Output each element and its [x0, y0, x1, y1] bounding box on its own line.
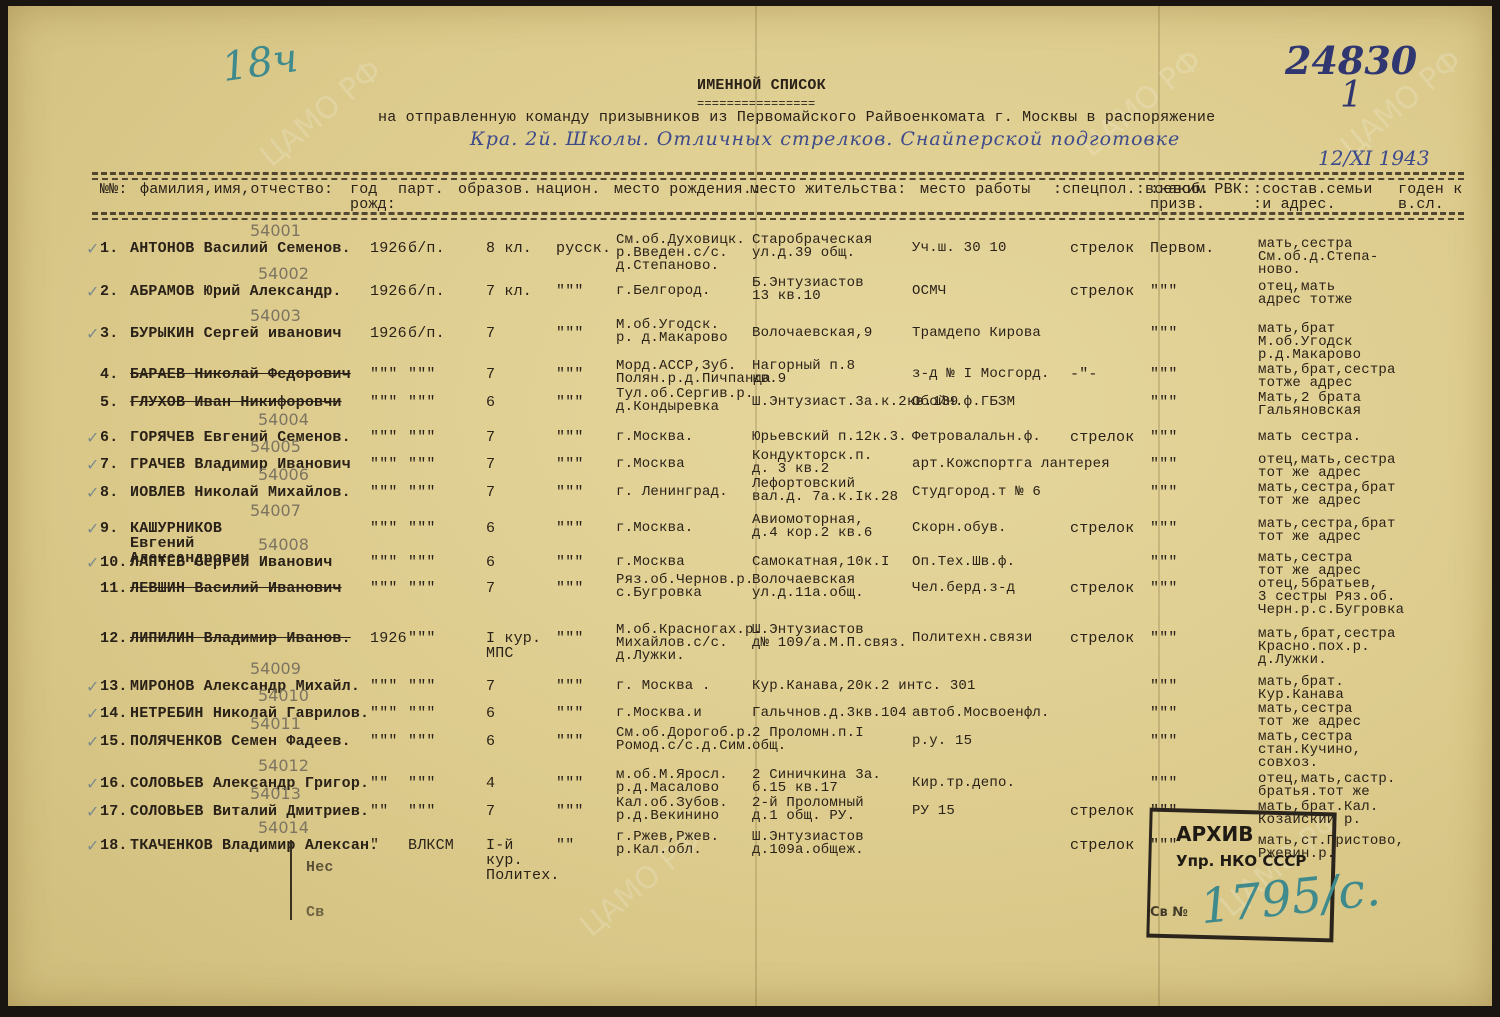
draft-office: """ — [1150, 581, 1178, 596]
nationality: """ — [556, 367, 584, 382]
registration-number: 54006 — [258, 465, 309, 484]
family-line: совхоз. — [1258, 756, 1318, 771]
family-line: Черн.р.с.Бугровка — [1258, 603, 1404, 618]
residence-line: кв.9 — [752, 372, 786, 387]
residence-line: общ. — [752, 739, 786, 754]
header-num: №№: — [100, 182, 128, 197]
person-name: ИОВЛЕВ Николай Михайлов. — [130, 485, 351, 500]
draft-office: """ — [1150, 706, 1178, 721]
party: """ — [408, 706, 436, 721]
checkmark-icon: ✓ — [86, 455, 99, 474]
birth-year: """ — [370, 555, 398, 570]
party: б/п. — [408, 326, 445, 341]
specialty: -"- — [1070, 367, 1098, 382]
birth-year: """ — [370, 581, 398, 596]
party: б/п. — [408, 284, 445, 299]
birthplace-line: г. Москва . — [616, 679, 711, 694]
workplace: Кир.тр.депо. — [912, 776, 1015, 791]
birth-year: 1926 — [370, 284, 407, 299]
draft-office: """ — [1150, 521, 1178, 536]
family-line: тотже адрес — [1258, 376, 1353, 391]
party: """ — [408, 734, 436, 749]
workplace: ОСМЧ — [912, 284, 946, 299]
draft-office: """ — [1150, 395, 1178, 410]
workplace: р.у. 15 — [912, 734, 972, 749]
residence-line: Гальчнов.д.3кв.104 — [752, 706, 907, 721]
header-rule-top — [92, 172, 1464, 175]
family-line: д.Лужки. — [1258, 653, 1327, 668]
party: """ — [408, 485, 436, 500]
birthplace-line: Полян.р.д.Пичпанда — [616, 372, 771, 387]
person-name: МИРОНОВ Александр Михайл. — [130, 679, 360, 694]
birthplace-line: г.Москва. — [616, 521, 693, 536]
row-number: 5. — [100, 395, 118, 410]
header-specpol: :спецпол.:всевоб. — [1053, 182, 1148, 197]
birth-year: """ — [370, 679, 398, 694]
nationality: """ — [556, 395, 584, 410]
header-education: образов. — [458, 182, 532, 197]
checkmark-icon: ✓ — [86, 282, 99, 301]
family-line: р.д.Макарово — [1258, 348, 1361, 363]
row-number: 17. — [100, 804, 128, 819]
residence-line: д№ 109/а.М.П.связ. — [752, 636, 907, 651]
checkmark-icon: ✓ — [86, 704, 99, 723]
family-line: Гальяновская — [1258, 404, 1361, 419]
header-rule-bottom-2 — [92, 218, 1464, 220]
nationality: """ — [556, 631, 584, 646]
checkmark-icon: ✓ — [86, 802, 99, 821]
nationality: """ — [556, 581, 584, 596]
registration-number: 54010 — [258, 686, 309, 705]
header-party: парт. — [398, 182, 444, 197]
residence-line: д.1 общ. РУ. — [752, 809, 855, 824]
birth-year: 1926 — [370, 326, 407, 341]
nationality: """ — [556, 804, 584, 819]
education: 7 — [486, 679, 546, 694]
row-number: 14. — [100, 706, 128, 721]
draft-office: """ — [1150, 734, 1178, 749]
birth-year: " — [370, 838, 379, 853]
row-number: 2. — [100, 284, 118, 299]
draft-office: Первом. — [1150, 241, 1214, 256]
workplace: РУ 15 — [912, 804, 955, 819]
document-title: ИМЕННОЙ СПИСОК — [697, 78, 826, 93]
registration-number: 54007 — [250, 501, 301, 520]
row-number: 18. — [100, 838, 128, 853]
party: """ — [408, 631, 436, 646]
header-rule-top-2 — [92, 178, 1464, 180]
row-number: 8. — [100, 485, 118, 500]
workplace: Фетровалальн.ф. — [912, 430, 1041, 445]
party: """ — [408, 430, 436, 445]
birthplace-line: р.Кал.обл. — [616, 843, 702, 858]
person-name: ЛАПТЕВ Сергей Иванович — [130, 555, 332, 570]
birthplace-line: г.Москва — [616, 555, 685, 570]
birth-year: """ — [370, 485, 398, 500]
education: 6 — [486, 706, 546, 721]
row-number: 9. — [100, 521, 118, 536]
stamp-line-2: Упр. НКО СССР — [1176, 852, 1306, 870]
checkmark-icon: ✓ — [86, 239, 99, 258]
registration-number: 54011 — [250, 714, 301, 733]
family-line: ново. — [1258, 263, 1301, 278]
draft-office: """ — [1150, 326, 1178, 341]
nationality: """ — [556, 555, 584, 570]
party: ВЛКСМ — [408, 838, 454, 853]
header-birthplace: место рождения.: — [614, 182, 761, 197]
party: """ — [408, 395, 436, 410]
checkmark-icon: ✓ — [86, 732, 99, 751]
specialty: стрелок — [1070, 804, 1134, 819]
header-fit: годен к в.сл. — [1398, 182, 1468, 212]
draft-office: """ — [1150, 776, 1178, 791]
document-subtitle: на отправленную команду призывников из П… — [378, 110, 1215, 125]
draft-office: """ — [1150, 284, 1178, 299]
bottom-mark-2: Св — [306, 905, 324, 920]
nationality: """ — [556, 457, 584, 472]
row-number: 1. — [100, 241, 118, 256]
party: б/п. — [408, 241, 445, 256]
registration-number: 54014 — [258, 818, 309, 837]
checkmark-icon: ✓ — [86, 677, 99, 696]
family-line: мать сестра. — [1258, 430, 1361, 445]
header-residence: место жительства: — [750, 182, 906, 197]
person-name: ГЛУХОВ Иван Никифоровчи — [130, 395, 342, 410]
specialty: стрелок — [1070, 241, 1134, 256]
draft-office: """ — [1150, 485, 1178, 500]
header-family: :состав.семьи :и адрес. — [1253, 182, 1388, 212]
education: 7 — [486, 430, 546, 445]
birth-year: """ — [370, 521, 398, 536]
birthplace-line: д.Лужки. — [616, 649, 685, 664]
registration-number: 54012 — [258, 756, 309, 775]
person-name: БУРЫКИН Сергей иванович — [130, 326, 342, 341]
birthplace-line: с.Бугровка — [616, 586, 702, 601]
birth-year: 1926 — [370, 631, 407, 646]
education: 7 — [486, 457, 546, 472]
draft-office: """ — [1150, 631, 1178, 646]
header-workplace: место работы — [920, 182, 1030, 197]
specialty: стрелок — [1070, 284, 1134, 299]
residence-line: вал.д. 7а.к.Iк.28 — [752, 490, 898, 505]
residence-line: Волочаевская,9 — [752, 326, 872, 341]
checkmark-icon: ✓ — [86, 483, 99, 502]
draft-office: """ — [1150, 679, 1178, 694]
person-name: ЛЕВШИН Василий Иванович — [130, 581, 342, 596]
education: 4 — [486, 776, 546, 791]
stamp-line-1: АРХИВ — [1176, 822, 1254, 846]
residence-line: Кур.Канава,20к.2 интс. 301 — [752, 679, 976, 694]
party: """ — [408, 555, 436, 570]
birthplace-line: д.Кондыревка — [616, 400, 719, 415]
birth-year: """ — [370, 430, 398, 445]
row-number: 12. — [100, 631, 128, 646]
row-number: 4. — [100, 367, 118, 382]
specialty: стрелок — [1070, 631, 1134, 646]
birth-year: """ — [370, 367, 398, 382]
person-name: ТКАЧЕНКОВ Владимир Алексан. — [130, 838, 378, 853]
handwritten-destination: Кра. 2й. Школы. Отличных стрелков. Снайп… — [470, 128, 1180, 150]
registration-number: 54001 — [250, 221, 301, 240]
workplace: Чел.берд.з-д — [912, 581, 1015, 596]
residence-line: Юрьевский п.12к.3. — [752, 430, 907, 445]
person-name: АНТОНОВ Василий Семенов. — [130, 241, 351, 256]
workplace: Оп.Тех.Шв.ф. — [912, 555, 1015, 570]
workplace: арт.Кожспортга лантерея — [912, 457, 1110, 472]
birth-year: """ — [370, 395, 398, 410]
row-number: 3. — [100, 326, 118, 341]
draft-office: """ — [1150, 367, 1178, 382]
stamp-line-3: Св № — [1150, 905, 1188, 920]
family-line: тот же адрес — [1258, 530, 1361, 545]
residence-line: 13 кв.10 — [752, 289, 821, 304]
party: """ — [408, 679, 436, 694]
education: 7 — [486, 485, 546, 500]
party: """ — [408, 804, 436, 819]
header-name: фамилия,имя,отчество: — [140, 182, 333, 197]
nationality: русск. — [556, 241, 611, 256]
row-number: 16. — [100, 776, 128, 791]
checkmark-icon: ✓ — [86, 324, 99, 343]
education: 7 — [486, 367, 546, 382]
education: I-й кур. Политех. — [486, 838, 546, 883]
person-name: БАРАЕВ Николай Федорович — [130, 367, 351, 382]
birth-year: """ — [370, 706, 398, 721]
checkmark-icon: ✓ — [86, 519, 99, 538]
birth-year: "" — [370, 804, 388, 819]
registration-number: 54003 — [250, 306, 301, 325]
residence-line: Самокатная,10к.I — [752, 555, 890, 570]
nationality: """ — [556, 776, 584, 791]
row-number: 10. — [100, 555, 128, 570]
person-name: ЛИПИЛИН Владимир Иванов. — [130, 631, 351, 646]
sheet-number: 1 — [1340, 75, 1363, 116]
family-line: тот же адрес — [1258, 494, 1361, 509]
specialty: стрелок — [1070, 521, 1134, 536]
party: """ — [408, 367, 436, 382]
registration-number: 54013 — [250, 784, 301, 803]
education: 7 кл. — [486, 284, 546, 299]
header-rvk: :каким РВК: призв. — [1150, 182, 1260, 212]
residence-line: ул.д.11а.общ. — [752, 586, 864, 601]
draft-office: """ — [1150, 457, 1178, 472]
residence-line: д.109а.общеж. — [752, 843, 864, 858]
draft-office: """ — [1150, 555, 1178, 570]
family-line: адрес тотже — [1258, 293, 1353, 308]
family-line: тот же адрес — [1258, 466, 1361, 481]
education: 6 — [486, 395, 546, 410]
header-year: год рожд: — [350, 182, 402, 212]
registration-number: 54005 — [250, 437, 301, 456]
registration-number: 54009 — [250, 659, 301, 678]
education: 6 — [486, 521, 546, 536]
bottom-mark-1: Нес — [306, 860, 334, 875]
family-line: тот же адрес — [1258, 715, 1361, 730]
birthplace-line: г. Ленинград. — [616, 485, 728, 500]
education: I кур. МПС — [486, 631, 546, 661]
birthplace-line: г.Белгород. — [616, 284, 711, 299]
birthplace-line: р. д.Макарово — [616, 331, 728, 346]
birth-year: "" — [370, 776, 388, 791]
vertical-pencil-line — [290, 840, 292, 920]
person-name: ПОЛЯЧЕНКОВ Семен Фадеев. — [130, 734, 351, 749]
workplace: Уч.ш. 30 10 — [912, 241, 1007, 256]
header-nationality: национ. — [536, 182, 600, 197]
birth-year: """ — [370, 734, 398, 749]
education: 8 кл. — [486, 241, 546, 256]
nationality: """ — [556, 679, 584, 694]
birthplace-line: р.д.Масалово — [616, 781, 719, 796]
specialty: стрелок — [1070, 581, 1134, 596]
education: 6 — [486, 734, 546, 749]
checkmark-icon: ✓ — [86, 428, 99, 447]
workplace: Обойн.ф.ГБЗМ — [912, 395, 1015, 410]
education: 7 — [486, 581, 546, 596]
nationality: """ — [556, 706, 584, 721]
birthplace-line: г.Москва. — [616, 430, 693, 445]
education: 7 — [486, 326, 546, 341]
registration-number: 54008 — [258, 535, 309, 554]
specialty: стрелок — [1070, 838, 1134, 853]
birthplace-line: Ромод.с/с.д.Сим. — [616, 739, 754, 754]
workplace: Трамдепо Кирова — [912, 326, 1041, 341]
residence-line: д.4 кор.2 кв.6 — [752, 526, 872, 541]
family-line: братья.тот же — [1258, 785, 1370, 800]
residence-line: б.15 кв.17 — [752, 781, 838, 796]
workplace: автоб.Мосвоенфл. — [912, 706, 1050, 721]
row-number: 15. — [100, 734, 128, 749]
birthplace-line: д.Степаново. — [616, 259, 719, 274]
birthplace-line: г.Москва.и — [616, 706, 702, 721]
person-name: ГОРЯЧЕВ Евгений Семенов. — [130, 430, 351, 445]
registration-number: 54004 — [258, 410, 309, 429]
birthplace-line: г.Москва — [616, 457, 685, 472]
birthplace-line: р.д.Векинино — [616, 809, 719, 824]
row-number: 6. — [100, 430, 118, 445]
workplace: Политехн.связи — [912, 631, 1032, 646]
workplace: Скорн.обув. — [912, 521, 1007, 536]
person-name: АБРАМОВ Юрий Александр. — [130, 284, 342, 299]
draft-office: """ — [1150, 430, 1178, 445]
party: """ — [408, 776, 436, 791]
person-name: СОЛОВЬЕВ Виталий Дмитриев. — [130, 804, 369, 819]
row-number: 7. — [100, 457, 118, 472]
registration-number: 54002 — [258, 264, 309, 283]
residence-line: ул.д.39 общ. — [752, 246, 855, 261]
checkmark-icon: ✓ — [86, 553, 99, 572]
nationality: "" — [556, 838, 574, 853]
education: 7 — [486, 804, 546, 819]
workplace: Студгород.т № 6 — [912, 485, 1041, 500]
handwritten-date: 12/XI 1943 — [1318, 146, 1430, 170]
specialty: стрелок — [1070, 430, 1134, 445]
residence-line: д. 3 кв.2 — [752, 462, 829, 477]
nationality: """ — [556, 734, 584, 749]
nationality: """ — [556, 284, 584, 299]
party: """ — [408, 581, 436, 596]
checkmark-icon: ✓ — [86, 836, 99, 855]
education: 6 — [486, 555, 546, 570]
birth-year: """ — [370, 457, 398, 472]
nationality: """ — [556, 521, 584, 536]
checkmark-icon: ✓ — [86, 774, 99, 793]
nationality: """ — [556, 485, 584, 500]
party: """ — [408, 457, 436, 472]
party: """ — [408, 521, 436, 536]
person-name: ГРАЧЕВ Владимир Иванович — [130, 457, 351, 472]
nationality: """ — [556, 326, 584, 341]
row-number: 13. — [100, 679, 128, 694]
row-number: 11. — [100, 581, 128, 596]
workplace: з-д № I Мосгорд. — [912, 367, 1050, 382]
nationality: """ — [556, 430, 584, 445]
